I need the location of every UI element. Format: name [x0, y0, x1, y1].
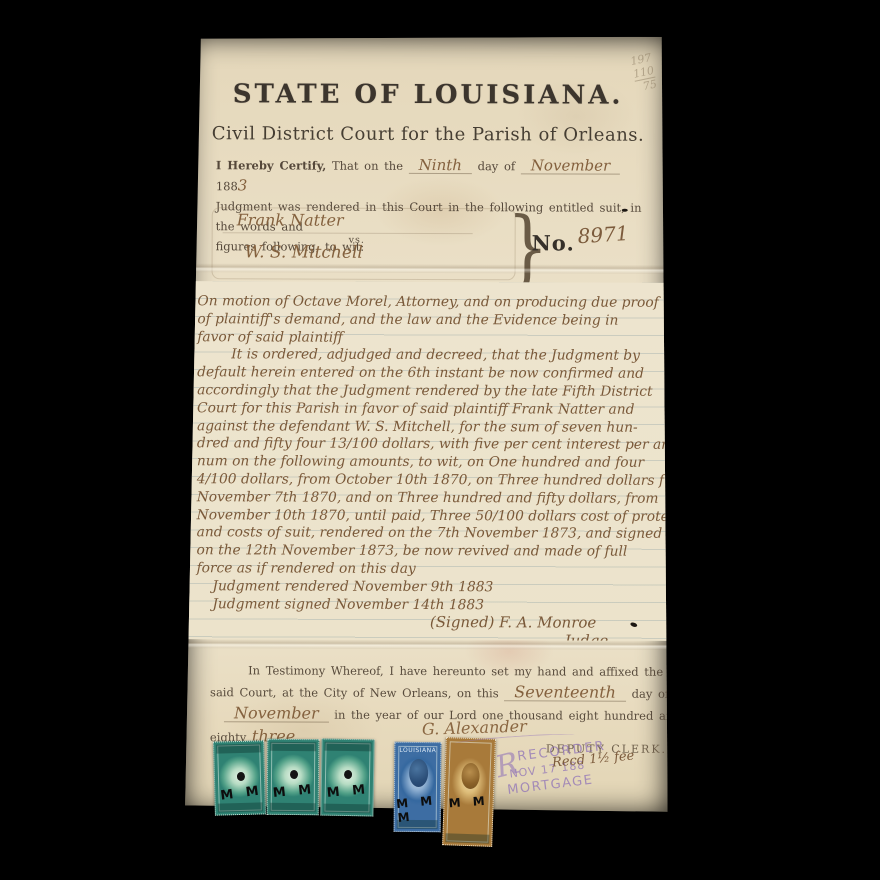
- handwritten-day: Ninth: [419, 156, 462, 174]
- handwritten-month: November: [531, 156, 610, 174]
- document-subtitle: Civil District Court for the Parish of O…: [186, 123, 670, 146]
- judgment-line: It is ordered, adjudged and decreed, tha…: [197, 347, 661, 366]
- judgment-line: on the 12th November 1873, be now revive…: [197, 542, 661, 561]
- judgment-line: November 10th 1870, until paid, Three 50…: [197, 507, 661, 526]
- handwritten-year-digit: 3: [238, 176, 248, 194]
- caption-rule: [223, 232, 473, 234]
- case-number-label: No.: [532, 230, 575, 255]
- judgment-signed-line: Judgment signed November 14th 1883: [212, 596, 660, 615]
- certify-line-1: I Hereby Certify, That on the Ninth day …: [216, 155, 654, 198]
- legal-document: 197 110 75 STATE OF LOUISIANA. Civil Dis…: [184, 35, 671, 815]
- revenue-stamp-green: M M: [267, 739, 320, 815]
- revenue-stamp-green: M M: [320, 739, 374, 817]
- judgment-line: accordingly that the Judgment rendered b…: [197, 382, 661, 401]
- judgment-line: dred and fifty four 13/100 dollars, with…: [197, 436, 661, 455]
- stamp-frame: [446, 741, 491, 842]
- plaintiff-name: Frank Natter: [237, 210, 344, 229]
- revenue-stamp-blue: LOUISIANA M M M: [394, 742, 442, 832]
- handwritten-judgment-body: On motion of Octave Morel, Attorney, and…: [184, 281, 669, 641]
- judgment-line: On motion of Octave Morel, Attorney, and…: [197, 293, 661, 312]
- document-title: STATE OF LOUISIANA.: [186, 79, 670, 111]
- judgment-line: against the defendant W. S. Mitchell, fo…: [197, 418, 661, 437]
- stamp-state-label: LOUISIANA: [395, 747, 440, 754]
- photograph-stage: 197 110 75 STATE OF LOUISIANA. Civil Dis…: [0, 0, 880, 880]
- certify-lead-rest: That on the: [332, 159, 403, 173]
- printed-year: 188: [216, 179, 238, 193]
- judgment-line: and costs of suit, rendered on the 7th N…: [197, 525, 661, 544]
- testimony-line-2-post: day of: [632, 687, 670, 701]
- stamp-band: [216, 743, 261, 753]
- judgment-line: 4/100 dollars, from October 10th 1870, o…: [197, 471, 661, 490]
- testimony-line-1: In Testimony Whereof, I have hereunto se…: [248, 659, 668, 682]
- revenue-stamp-brown: M M: [442, 737, 496, 847]
- certify-lead: I Hereby Certify,: [216, 158, 326, 172]
- paper-fold-crease: [186, 263, 670, 274]
- stamp-band: [324, 742, 371, 752]
- judge-signature: (Signed) F. A. Monroe: [196, 614, 660, 633]
- judgment-line: num on the following amounts, to wit, on…: [197, 453, 661, 472]
- ink-speck: [622, 209, 628, 212]
- stamp-band: [270, 742, 316, 751]
- handwritten-testimony-month: November: [234, 703, 319, 722]
- judgment-line: Court for this Parish in favor of said p…: [197, 400, 661, 419]
- certify-day-of: day of: [478, 159, 516, 173]
- judgment-line: November 7th 1870, and on Three hundred …: [197, 489, 661, 508]
- judgment-line: favor of said plaintiff: [197, 329, 661, 348]
- case-number-value: 8971: [577, 221, 629, 248]
- stamp-band: [323, 804, 370, 814]
- judgment-line: of plaintiff's demand, and the law and t…: [197, 311, 661, 330]
- revenue-stamp-green: M M: [213, 740, 266, 815]
- stamp-band: [445, 833, 489, 844]
- stamp-cancel-mark: M M: [448, 794, 489, 811]
- stamp-band: [270, 803, 316, 812]
- defendant-name: W. S. Mitchell: [245, 242, 363, 262]
- punch-cancel: [290, 770, 298, 779]
- testimony-line-2: said Court, at the City of New Orleans, …: [210, 681, 668, 705]
- judgment-line: force as if rendered on this day: [196, 560, 660, 579]
- testimony-line-2-pre: said Court, at the City of New Orleans, …: [210, 685, 499, 700]
- handwritten-testimony-day: Seventeenth: [514, 682, 616, 701]
- judgment-line: default herein entered on the 6th instan…: [197, 364, 661, 383]
- judgment-rendered-line: Judgment rendered November 9th 1883: [212, 578, 660, 597]
- stamp-band: [218, 802, 263, 812]
- stamp-cancel-mark: M M M: [396, 793, 441, 825]
